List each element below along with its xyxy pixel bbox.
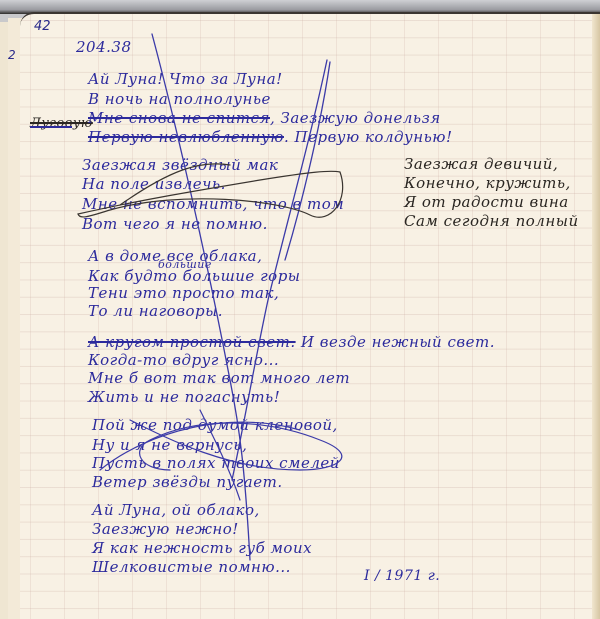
poem-line: В ночь на полнолунье: [88, 90, 271, 108]
poem-line: Ну и я не вернусь,: [92, 436, 247, 454]
struck-text: А кругом простой свет.: [88, 333, 296, 351]
poem-line: Вот чего я не помню.: [82, 215, 268, 233]
poem-line: Заезжую нежно!: [92, 520, 239, 538]
poem-line: Когда-то вдруг ясно...: [88, 351, 279, 369]
poem-line: Ветер звёзды пугает.: [92, 473, 283, 491]
side-variant-line: Сам сегодня полный: [404, 212, 579, 230]
side-variant-line: Заезжая девичий,: [404, 155, 558, 173]
replacement-text: Заезжую донельзя: [281, 109, 441, 127]
page-right-edge: [592, 14, 600, 619]
entry-date: 204.38: [76, 38, 132, 56]
corner-number: 42: [34, 19, 51, 34]
poem-line-with-strike: Первую невлюбленную. Первую колдунью!: [88, 128, 453, 146]
poem-line: Пой же под думой кленовой,: [92, 416, 338, 434]
poem-line: Я как нежность губ моих: [92, 539, 312, 557]
poem-line: Жить и не погаснуть!: [88, 388, 280, 406]
poem-line: На поле извлечь.: [82, 175, 226, 193]
margin-struck-word: Луговую: [30, 116, 93, 131]
footer-date: I / 1971 г.: [364, 568, 440, 584]
margin-number: 2: [8, 48, 16, 62]
poem-line: Пусть в полях твоих смелей: [92, 454, 340, 472]
poem-line: Ай Луна, ой облако,: [92, 501, 260, 519]
poem-line-with-strike: Мне снова не спится, Заезжую донельзя: [88, 109, 441, 127]
poem-line-with-strike: А кругом простой свет. И везде нежный св…: [88, 333, 495, 351]
poem-line: Как будто большие горы: [88, 267, 301, 285]
side-variant-line: Конечно, кружить,: [404, 174, 571, 192]
poem-line: Мне б вот так вот много лет: [88, 369, 350, 387]
side-variant-line: Я от радости вина: [404, 193, 569, 211]
poem-line: То ли наговоры.: [88, 302, 223, 320]
poem-line: Шелковистые помню...: [92, 558, 291, 576]
poem-line: Тени это просто так,: [88, 284, 279, 302]
poem-line: Ай Луна! Что за Луна!: [88, 70, 283, 88]
poem-line: Заезжая звёздный мак: [82, 156, 278, 174]
poem-line: Мне не вспомнить, что в том: [82, 195, 344, 213]
notebook-photo: 42 2 204.38 Луговую Ай Луна! Что за Луна…: [0, 0, 600, 619]
struck-text: Первую невлюбленную: [88, 128, 284, 146]
struck-text: Мне снова не спится: [88, 109, 270, 127]
